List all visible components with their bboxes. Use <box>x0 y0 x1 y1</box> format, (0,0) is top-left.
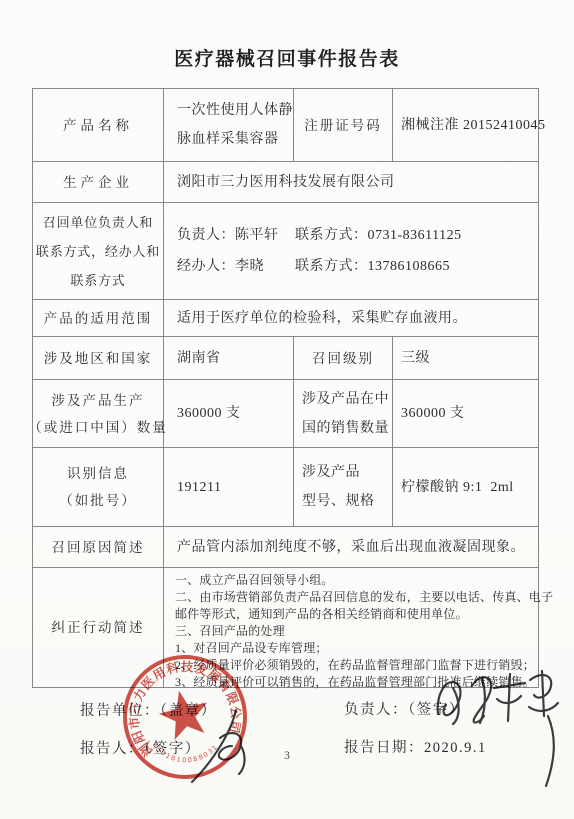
manufacturer-name: 浏阳市三力医用科技发展有限公司 <box>177 168 395 197</box>
actions-line-2: 二、由市场营销部负责产品召回信息的发布，主要以电话、传真、电子 <box>175 589 532 606</box>
sales-qty: 360000 支 <box>401 399 465 428</box>
actions-line-3: 邮件等形式，通知到产品的各相关经销商和使用单位。 <box>175 606 532 623</box>
batch-label-line1: 识别信息 <box>67 460 129 487</box>
production-qty: 360000 支 <box>177 399 241 428</box>
table-row: 涉及地区和国家 湖南省 召回级别 三级 <box>33 337 539 380</box>
scope-text: 适用于医疗单位的检验科，采集贮存血液用。 <box>177 304 467 333</box>
contact-label-line2: 联系方式，经办人和 <box>36 237 160 266</box>
recall-level-label: 召回级别 <box>312 345 374 372</box>
production-qty-label-cell: 涉及产品生产 （或进口中国）数量 <box>33 380 164 448</box>
reason-label-cell: 召回原因简述 <box>33 527 164 568</box>
batch-value-cell: 191211 <box>164 448 294 527</box>
contact-value-cell: 负责人：陈平轩联系方式：0731-83611125 经办人：李晓联系方式：137… <box>164 203 539 300</box>
sales-qty-label-line1: 涉及产品在中 <box>302 385 389 414</box>
report-table: 产品名称 一次性使用人体静 脉血样采集容器 注册证号码 湘械注准 2015241… <box>32 88 539 688</box>
table-row: 涉及产品生产 （或进口中国）数量 360000 支 涉及产品在中 国的销售数量 … <box>33 380 539 448</box>
registration-label-cell: 注册证号码 <box>294 89 393 162</box>
responsible-phone: 联系方式：0731-83611125 <box>295 228 462 243</box>
reason-text: 产品管内添加剂纯度不够，采血后出现血液凝固现象。 <box>177 533 525 562</box>
sales-qty-value-cell: 360000 支 <box>393 380 539 448</box>
batch-label-cell: 识别信息 （如批号） <box>33 448 164 527</box>
model-spec: 柠檬酸钠 9:1 2ml <box>401 473 514 502</box>
production-qty-label-line1: 涉及产品生产 <box>52 387 145 414</box>
model-label-cell: 涉及产品 型号、规格 <box>294 448 393 527</box>
batch-label-line2: （如批号） <box>59 487 137 514</box>
model-label-line1: 涉及产品 <box>302 458 360 487</box>
scope-label-cell: 产品的适用范围 <box>33 300 164 337</box>
actions-line-4: 三、召回产品的处理 <box>175 623 532 640</box>
manufacturer-label-cell: 生产企业 <box>33 162 164 203</box>
manufacturer-value-cell: 浏阳市三力医用科技发展有限公司 <box>164 162 539 203</box>
scope-value-cell: 适用于医疗单位的检验科，采集贮存血液用。 <box>164 300 539 337</box>
batch-number: 191211 <box>177 473 221 502</box>
contact-label-cell: 召回单位负责人和 联系方式，经办人和 联系方式 <box>33 203 164 300</box>
table-row: 产品的适用范围 适用于医疗单位的检验科，采集贮存血液用。 <box>33 300 539 337</box>
handler-person: 经办人：李晓 <box>177 251 295 282</box>
region-label-cell: 涉及地区和国家 <box>33 337 164 380</box>
contact-label-line3: 联系方式 <box>70 266 125 295</box>
production-qty-label-line2: （或进口中国）数量 <box>28 414 168 441</box>
recall-level-label-cell: 召回级别 <box>294 337 393 380</box>
product-name-label: 产品名称 <box>63 112 133 139</box>
product-name-label-cell: 产品名称 <box>33 89 164 162</box>
table-row: 召回原因简述 产品管内添加剂纯度不够，采血后出现血液凝固现象。 <box>33 527 539 568</box>
form-title: 医疗器械召回事件报告表 <box>0 44 574 71</box>
product-name-value-cell: 一次性使用人体静 脉血样采集容器 <box>164 89 294 162</box>
scanned-report-page: 医疗器械召回事件报告表 产品名称 一次性使用人体静 脉血样采集容器 注册证号码 … <box>0 0 574 819</box>
responsible-signature <box>430 650 572 792</box>
responsible-person: 负责人：陈平轩 <box>177 220 295 251</box>
contact-line2: 经办人：李晓联系方式：13786108665 <box>177 251 450 282</box>
region-value: 湖南省 <box>177 344 221 373</box>
reason-label: 召回原因简述 <box>52 534 145 561</box>
reporter-signature <box>186 704 264 790</box>
production-qty-value-cell: 360000 支 <box>164 380 294 448</box>
registration-label: 注册证号码 <box>304 112 382 139</box>
model-value-cell: 柠檬酸钠 9:1 2ml <box>393 448 539 527</box>
recall-level-value-cell: 三级 <box>393 337 539 380</box>
registration-value-cell: 湘械注准 20152410045 <box>393 89 539 162</box>
region-value-cell: 湖南省 <box>164 337 294 380</box>
contact-line1: 负责人：陈平轩联系方式：0731-83611125 <box>177 220 462 251</box>
actions-line-1: 一、成立产品召回领导小组。 <box>175 572 532 589</box>
table-row: 识别信息 （如批号） 191211 涉及产品 型号、规格 柠檬酸钠 9:1 2m… <box>33 448 539 527</box>
product-name-line2: 脉血样采集容器 <box>177 125 279 154</box>
actions-label: 纠正行动简述 <box>52 614 145 641</box>
region-label: 涉及地区和国家 <box>44 345 153 372</box>
product-name-line1: 一次性使用人体静 <box>177 96 293 125</box>
reason-value-cell: 产品管内添加剂纯度不够，采血后出现血液凝固现象。 <box>164 527 539 568</box>
handler-phone: 联系方式：13786108665 <box>295 259 450 274</box>
table-row: 召回单位负责人和 联系方式，经办人和 联系方式 负责人：陈平轩联系方式：0731… <box>33 203 539 300</box>
table-row: 生产企业 浏阳市三力医用科技发展有限公司 <box>33 162 539 203</box>
recall-level-value: 三级 <box>401 344 430 373</box>
contact-label-line1: 召回单位负责人和 <box>43 208 153 237</box>
sales-qty-label-line2: 国的销售数量 <box>302 414 389 443</box>
scope-label: 产品的适用范围 <box>44 305 153 332</box>
table-row: 产品名称 一次性使用人体静 脉血样采集容器 注册证号码 湘械注准 2015241… <box>33 89 539 162</box>
sales-qty-label-cell: 涉及产品在中 国的销售数量 <box>294 380 393 448</box>
registration-number: 湘械注准 20152410045 <box>401 111 546 140</box>
manufacturer-label: 生产企业 <box>63 169 133 196</box>
model-label-line2: 型号、规格 <box>302 487 375 516</box>
